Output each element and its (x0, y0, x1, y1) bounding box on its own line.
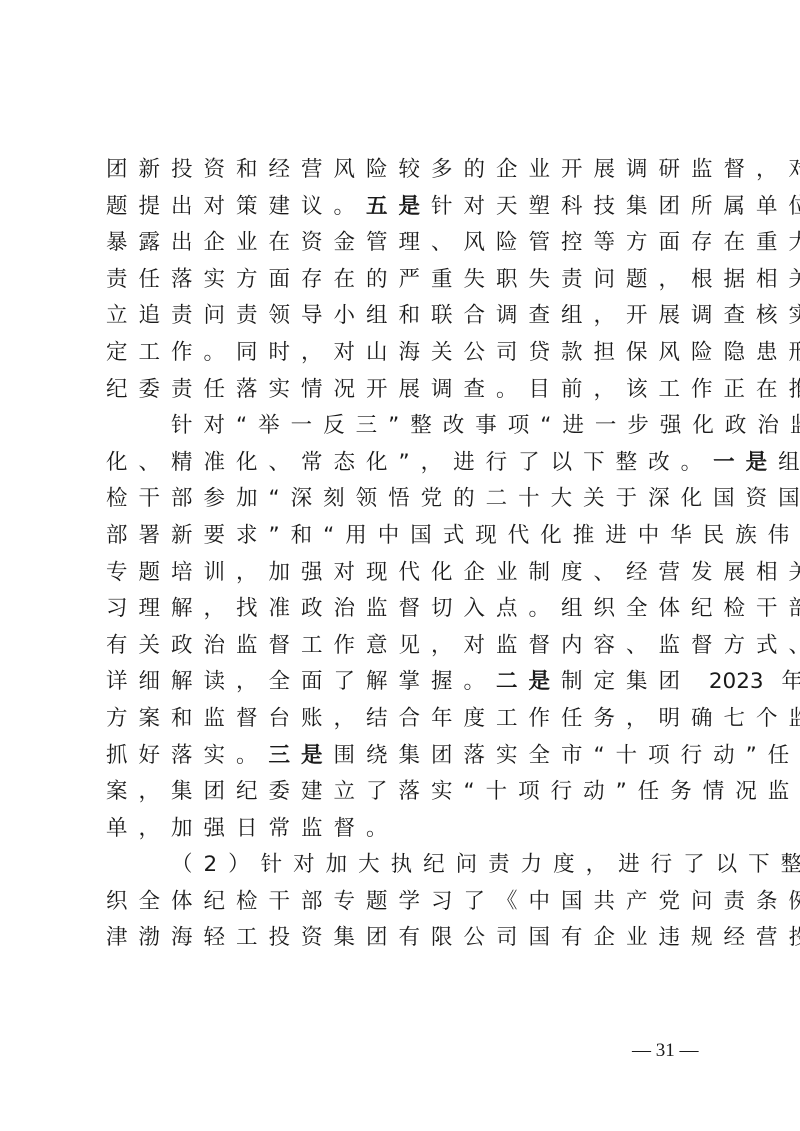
text-line: 案，集团纪委建立了落实“十项行动”任务情况监督事项清 (106, 774, 696, 811)
text-line: 暴露出企业在资金管理、风险管控等方面存在重大漏洞、在 (106, 225, 696, 262)
bold-label: 一是 (713, 450, 778, 475)
bold-label: 三是 (269, 743, 334, 768)
text-segment: 暴露出企业在资金管理、风险管控等方面存在重大漏洞、在 (106, 230, 800, 255)
text-segment: 针对“举一反三”整改事项“进一步强化政治监督具体 (171, 413, 800, 438)
text-line: 检干部参加“深刻领悟党的二十大关于深化国资国企改革新 (106, 481, 696, 518)
document-page: 团新投资和经营风险较多的企业开展调研监督，对发现的问题提出对策建议。五是针对天塑… (0, 0, 800, 1131)
text-line: 详细解读，全面了解掌握。二是制定集团 2023 年度政治监督 (106, 664, 696, 701)
text-segment: 年度政治监督 (764, 669, 800, 694)
text-line: 题提出对策建议。五是针对天塑科技集团所属单位有关案件 (106, 189, 696, 226)
text-line: 针对“举一反三”整改事项“进一步强化政治监督具体 (106, 408, 696, 445)
text-line: 方案和监督台账，结合年度工作任务，明确七个监督重点， (106, 701, 696, 738)
text-segment: 围绕集团落实全市“十项行动”任务工作方 (334, 743, 800, 768)
text-segment: 立追责问责领导小组和联合调查组，开展调查核实和责任认 (106, 303, 800, 328)
text-segment: 有关政治监督工作意见，对监督内容、监督方式、监督机制 (106, 633, 800, 658)
text-line: 织全体纪检干部专题学习了《中国共产党问责条例》和《天 (106, 884, 696, 921)
text-line: 抓好落实。三是围绕集团落实全市“十项行动”任务工作方 (106, 738, 696, 775)
text-line: 津渤海轻工投资集团有限公司国有企业违规经营投资责任追 (106, 920, 696, 957)
text-segment: 习理解，找准政治监督切入点。组织全体纪检干部深入学习 (106, 596, 800, 621)
text-segment: 详细解读，全面了解掌握。 (106, 669, 496, 694)
text-segment: 方案和监督台账，结合年度工作任务，明确七个监督重点， (106, 706, 800, 731)
text-segment: 案，集团纪委建立了落实“十项行动”任务情况监督事项清 (106, 779, 800, 804)
text-line: 部署新要求”和“用中国式现代化推进中华民族伟大复兴” (106, 518, 696, 555)
text-segment: 题提出对策建议。 (106, 194, 366, 219)
text-line: 纪委责任落实情况开展调查。目前，该工作正在推进中。 (106, 372, 696, 409)
text-segment: 抓好落实。 (106, 743, 269, 768)
text-segment: 团新投资和经营风险较多的企业开展调研监督，对发现的问 (106, 157, 800, 182)
text-segment: 单，加强日常监督。 (106, 816, 399, 841)
text-line: 责任落实方面存在的严重失职失责问题，根据相关规定，成 (106, 262, 696, 299)
text-segment: 专题培训，加强对现代化企业制度、经营发展相关知识的学 (106, 560, 800, 585)
text-segment: 化、精准化、常态化”，进行了以下整改。 (106, 450, 713, 475)
text-segment: 针对天塑科技集团所属单位有关案件 (431, 194, 800, 219)
text-line: 化、精准化、常态化”，进行了以下整改。一是组织全体纪 (106, 445, 696, 482)
text-segment: 纪委责任落实情况开展调查。目前，该工作正在推进中。 (106, 377, 800, 402)
text-line: 有关政治监督工作意见，对监督内容、监督方式、监督机制 (106, 628, 696, 665)
text-segment: （2）针对加大执纪问责力度，进行了以下整改。 (171, 852, 800, 877)
text-segment: 织全体纪检干部专题学习了《中国共产党问责条例》和《天 (106, 889, 800, 914)
text-segment: 检干部参加“深刻领悟党的二十大关于深化国资国企改革新 (106, 486, 800, 511)
text-segment: 津渤海轻工投资集团有限公司国有企业违规经营投资责任追 (106, 925, 800, 950)
text-line: 定工作。同时，对山海关公司贷款担保风险隐患形成过程中 (106, 335, 696, 372)
text-line: 专题培训，加强对现代化企业制度、经营发展相关知识的学 (106, 555, 696, 592)
bold-label: 二是 (496, 669, 561, 694)
text-segment: 制定集团 (561, 669, 709, 694)
text-segment: 组织全体纪 (778, 450, 800, 475)
text-line: 习理解，找准政治监督切入点。组织全体纪检干部深入学习 (106, 591, 696, 628)
body-text: 团新投资和经营风险较多的企业开展调研监督，对发现的问题提出对策建议。五是针对天塑… (106, 152, 696, 957)
text-segment: 2023 (709, 669, 764, 694)
text-line: 团新投资和经营风险较多的企业开展调研监督，对发现的问 (106, 152, 696, 189)
text-segment: 部署新要求”和“用中国式现代化推进中华民族伟大复兴” (106, 523, 800, 548)
text-line: 单，加强日常监督。 (106, 811, 696, 848)
text-line: （2）针对加大执纪问责力度，进行了以下整改。一是组 (106, 847, 696, 884)
text-segment: 定工作。同时，对山海关公司贷款担保风险隐患形成过程中 (106, 340, 800, 365)
bold-label: 五是 (366, 194, 431, 219)
page-number: — 31 — (632, 1040, 699, 1062)
text-line: 立追责问责领导小组和联合调查组，开展调查核实和责任认 (106, 298, 696, 335)
text-segment: 责任落实方面存在的严重失职失责问题，根据相关规定，成 (106, 267, 800, 292)
